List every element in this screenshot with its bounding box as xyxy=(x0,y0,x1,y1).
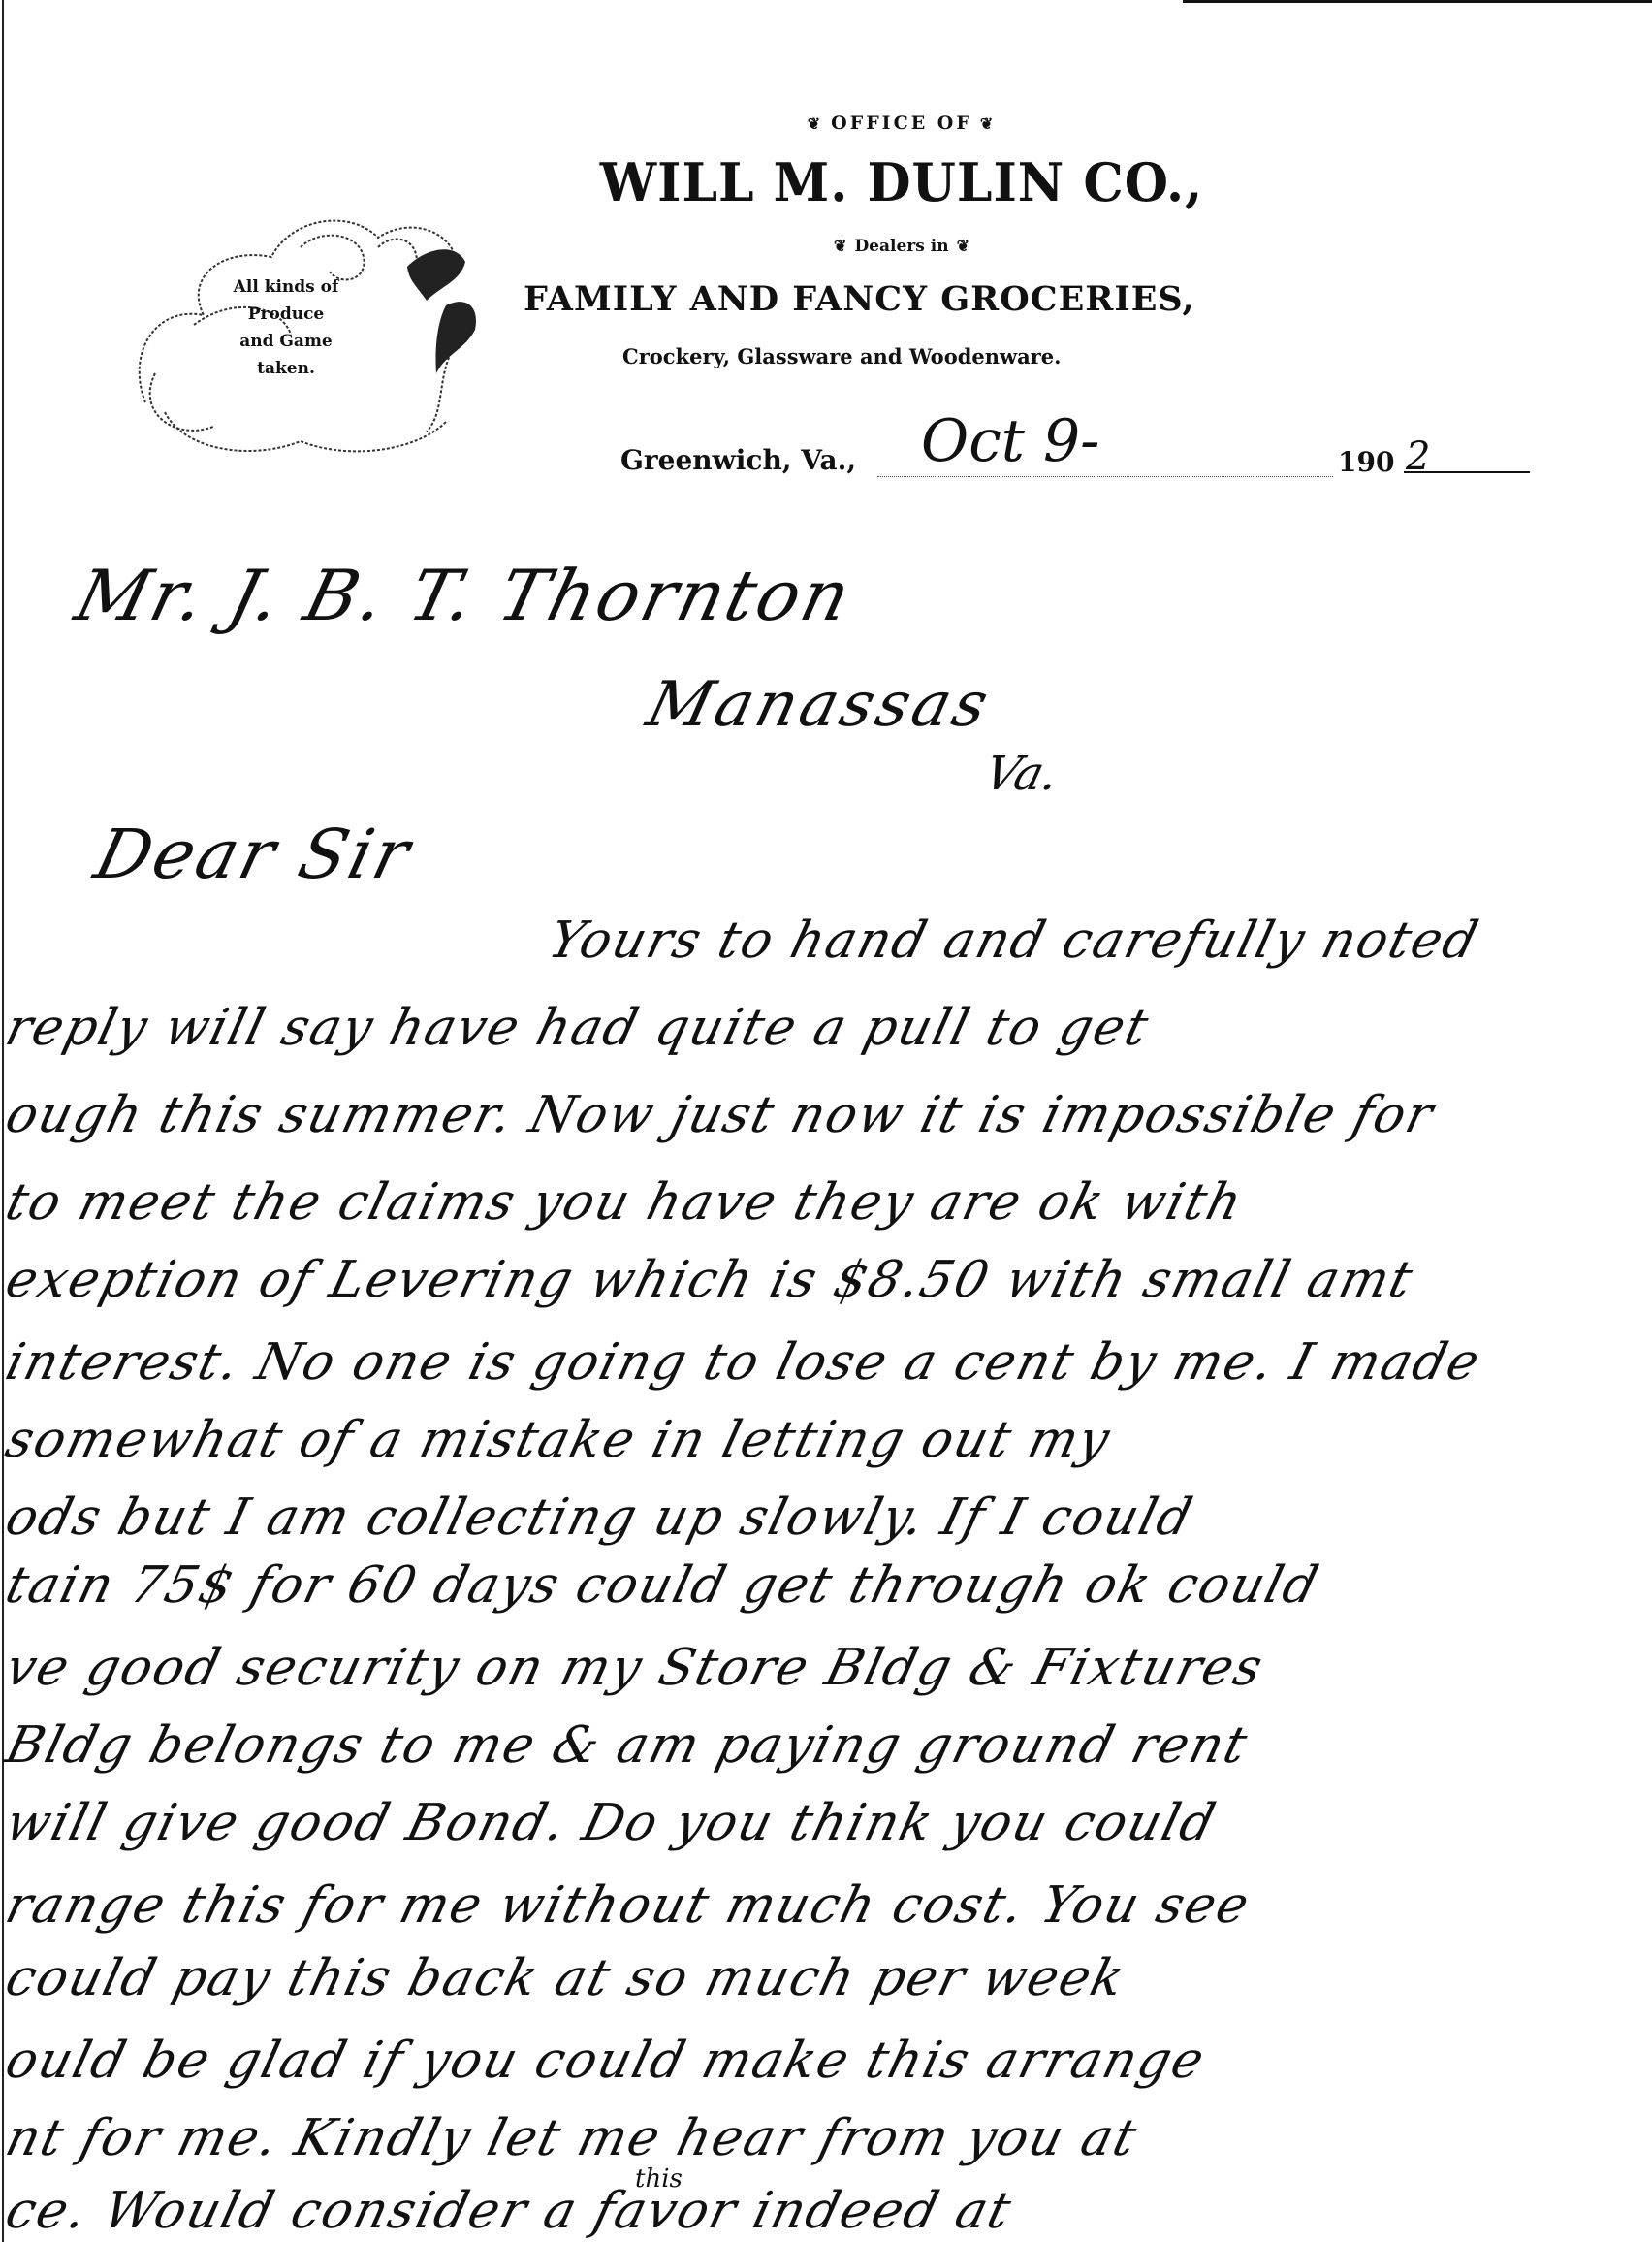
ornament-caption: All kinds of Produce and Game taken. xyxy=(199,273,373,382)
leaf-ornament-icon: ❦ xyxy=(800,114,831,133)
date-rule xyxy=(877,476,1333,477)
body-line: reply will say have had quite a pull to … xyxy=(0,999,1156,1057)
salutation: Dear Sir xyxy=(87,815,420,894)
company-name: WILL M. DULIN CO., xyxy=(543,151,1260,213)
body-line: ould be glad if you could make this arra… xyxy=(0,2032,1212,2090)
body-line: somewhat of a mistake in letting out my xyxy=(0,1411,1117,1469)
body-line: Bldg belongs to me & am paying ground re… xyxy=(0,1716,1255,1775)
office-of-label: ❦OFFICE OF❦ xyxy=(543,112,1260,134)
body-line: tain 75$ for 60 days could get through o… xyxy=(0,1556,1325,1615)
scanned-letter-page: All kinds of Produce and Game taken. ❦OF… xyxy=(0,0,1652,2242)
addressee-city: Manassas xyxy=(640,669,999,741)
sub-line: Crockery, Glassware and Woodenware. xyxy=(543,344,1280,368)
body-line: ough this summer. Now just now it is imp… xyxy=(0,1086,1441,1144)
body-line: Yours to hand and carefully noted xyxy=(543,912,1485,970)
leaf-ornament-icon: ❦ xyxy=(949,237,977,255)
body-line: ve good security on my Store Bldg & Fixt… xyxy=(0,1639,1270,1697)
body-line: exeption of Levering which is $8.50 with… xyxy=(0,1251,1419,1309)
body-line: to meet the claims you have they are ok … xyxy=(0,1173,1250,1232)
body-line: interest. No one is going to lose a cent… xyxy=(0,1333,1487,1392)
scan-top-edge xyxy=(1183,0,1652,3)
interlined-word: this xyxy=(635,2164,683,2194)
leaf-ornament-icon: ❦ xyxy=(826,237,854,255)
addressee: Mr. J. B. T. Thornton xyxy=(68,555,861,636)
body-line: will give good Bond. Do you think you co… xyxy=(0,1794,1223,1852)
leaf-ornament-icon: ❦ xyxy=(972,114,1003,133)
handwritten-date: Oct 9- xyxy=(921,407,1099,475)
body-line: range this for me without much cost. You… xyxy=(0,1876,1256,1935)
body-line: ods but I am collecting up slowly. If I … xyxy=(0,1489,1199,1547)
line-of-business: FAMILY AND FANCY GROCERIES, xyxy=(524,279,1396,319)
place-label: Greenwich, Va., xyxy=(620,444,856,476)
dealers-in-label: ❦Dealers in❦ xyxy=(543,237,1260,256)
body-line: nt for me. Kindly let me hear from you a… xyxy=(0,2109,1144,2167)
addressee-state: Va. xyxy=(979,747,1064,801)
year-printed: 190 xyxy=(1338,446,1394,478)
year-rule xyxy=(1404,471,1530,473)
body-line: could pay this back at so much per week xyxy=(0,1949,1131,2007)
body-line: ce. Would consider a favor indeed at xyxy=(0,2182,1018,2240)
scan-left-edge xyxy=(2,0,4,2242)
